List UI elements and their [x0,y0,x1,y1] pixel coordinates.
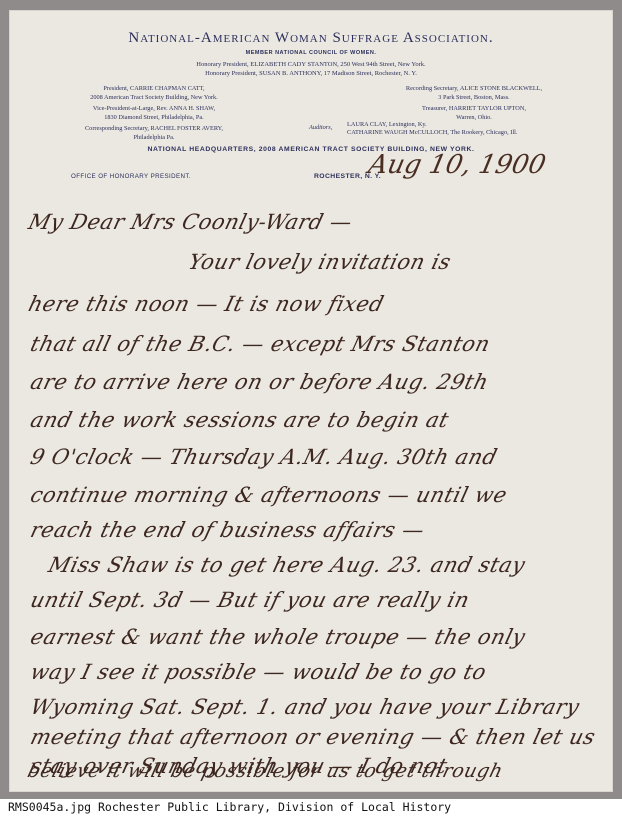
scan-background: National-American Woman Suffrage Associa… [0,0,622,799]
office-label: OFFICE OF HONORARY PRESIDENT. [71,173,191,180]
image-caption: RMS0045a.jpg Rochester Public Library, D… [8,800,451,814]
letter-line: meeting that afternoon or evening — & th… [28,725,598,749]
letter-line: continue morning & afternoons — until we [28,483,510,507]
honorary-president-2: Honorary President, SUSAN B. ANTHONY, 17… [9,70,613,77]
officer-president: President, CARRIE CHAPMAN CATT, 2008 Ame… [39,85,269,102]
letter-line: until Sept. 3d — But if you are really i… [28,588,472,612]
auditor-1: LAURA CLAY, Lexington, Ky. [347,121,517,129]
letter-line: here this noon — It is now fixed [26,292,386,316]
officers-left: President, CARRIE CHAPMAN CATT, 2008 Ame… [39,85,269,145]
auditors: Auditors, LAURA CLAY, Lexington, Ky. CAT… [309,121,517,137]
letter-line: My Dear Mrs Coonly-Ward — [26,210,355,234]
letter-line: Wyoming Sat. Sept. 1. and you have your … [28,695,582,719]
officer-corresponding-secretary: Corresponding Secretary, RACHEL FOSTER A… [39,125,269,142]
letter-line: that all of the B.C. — except Mrs Stanto… [28,332,493,356]
letter-line: Your lovely invitation is [186,250,454,274]
officer-treasurer: Treasurer, HARRIET TAYLOR UPTON, Warren,… [349,105,599,122]
officer-recording-secretary: Recording Secretary, ALICE STONE BLACKWE… [349,85,599,102]
letter-line: are to arrive here on or before Aug. 29t… [28,370,491,394]
letter-line: Miss Shaw is to get here Aug. 23. and st… [46,553,528,577]
handwritten-date: Aug 10, 1900 [366,150,549,180]
letter-page: National-American Woman Suffrage Associa… [9,10,613,792]
auditors-label: Auditors, [309,124,332,132]
letter-line: earnest & want the whole troupe — the on… [28,625,528,649]
letter-line: and the work sessions are to begin at [28,408,451,432]
member-line: MEMBER NATIONAL COUNCIL OF WOMEN. [9,50,613,56]
honorary-president-1: Honorary President, ELIZABETH CADY STANT… [9,61,613,68]
letterhead-title: National-American Woman Suffrage Associa… [9,30,613,47]
officer-vice-president: Vice-President-at-Large, Rev. ANNA H. SH… [39,105,269,122]
letter-line: believe it will be possible for us to ge… [25,760,505,782]
letter-line: reach the end of business affairs — [28,518,427,542]
officers-right: Recording Secretary, ALICE STONE BLACKWE… [349,85,599,125]
letter-line: way I see it possible — would be to go t… [28,660,489,684]
letter-line: 9 O'clock — Thursday A.M. Aug. 30th and [28,445,500,469]
auditor-2: CATHARINE WAUGH McCULLOCH, The Rookery, … [347,129,517,137]
